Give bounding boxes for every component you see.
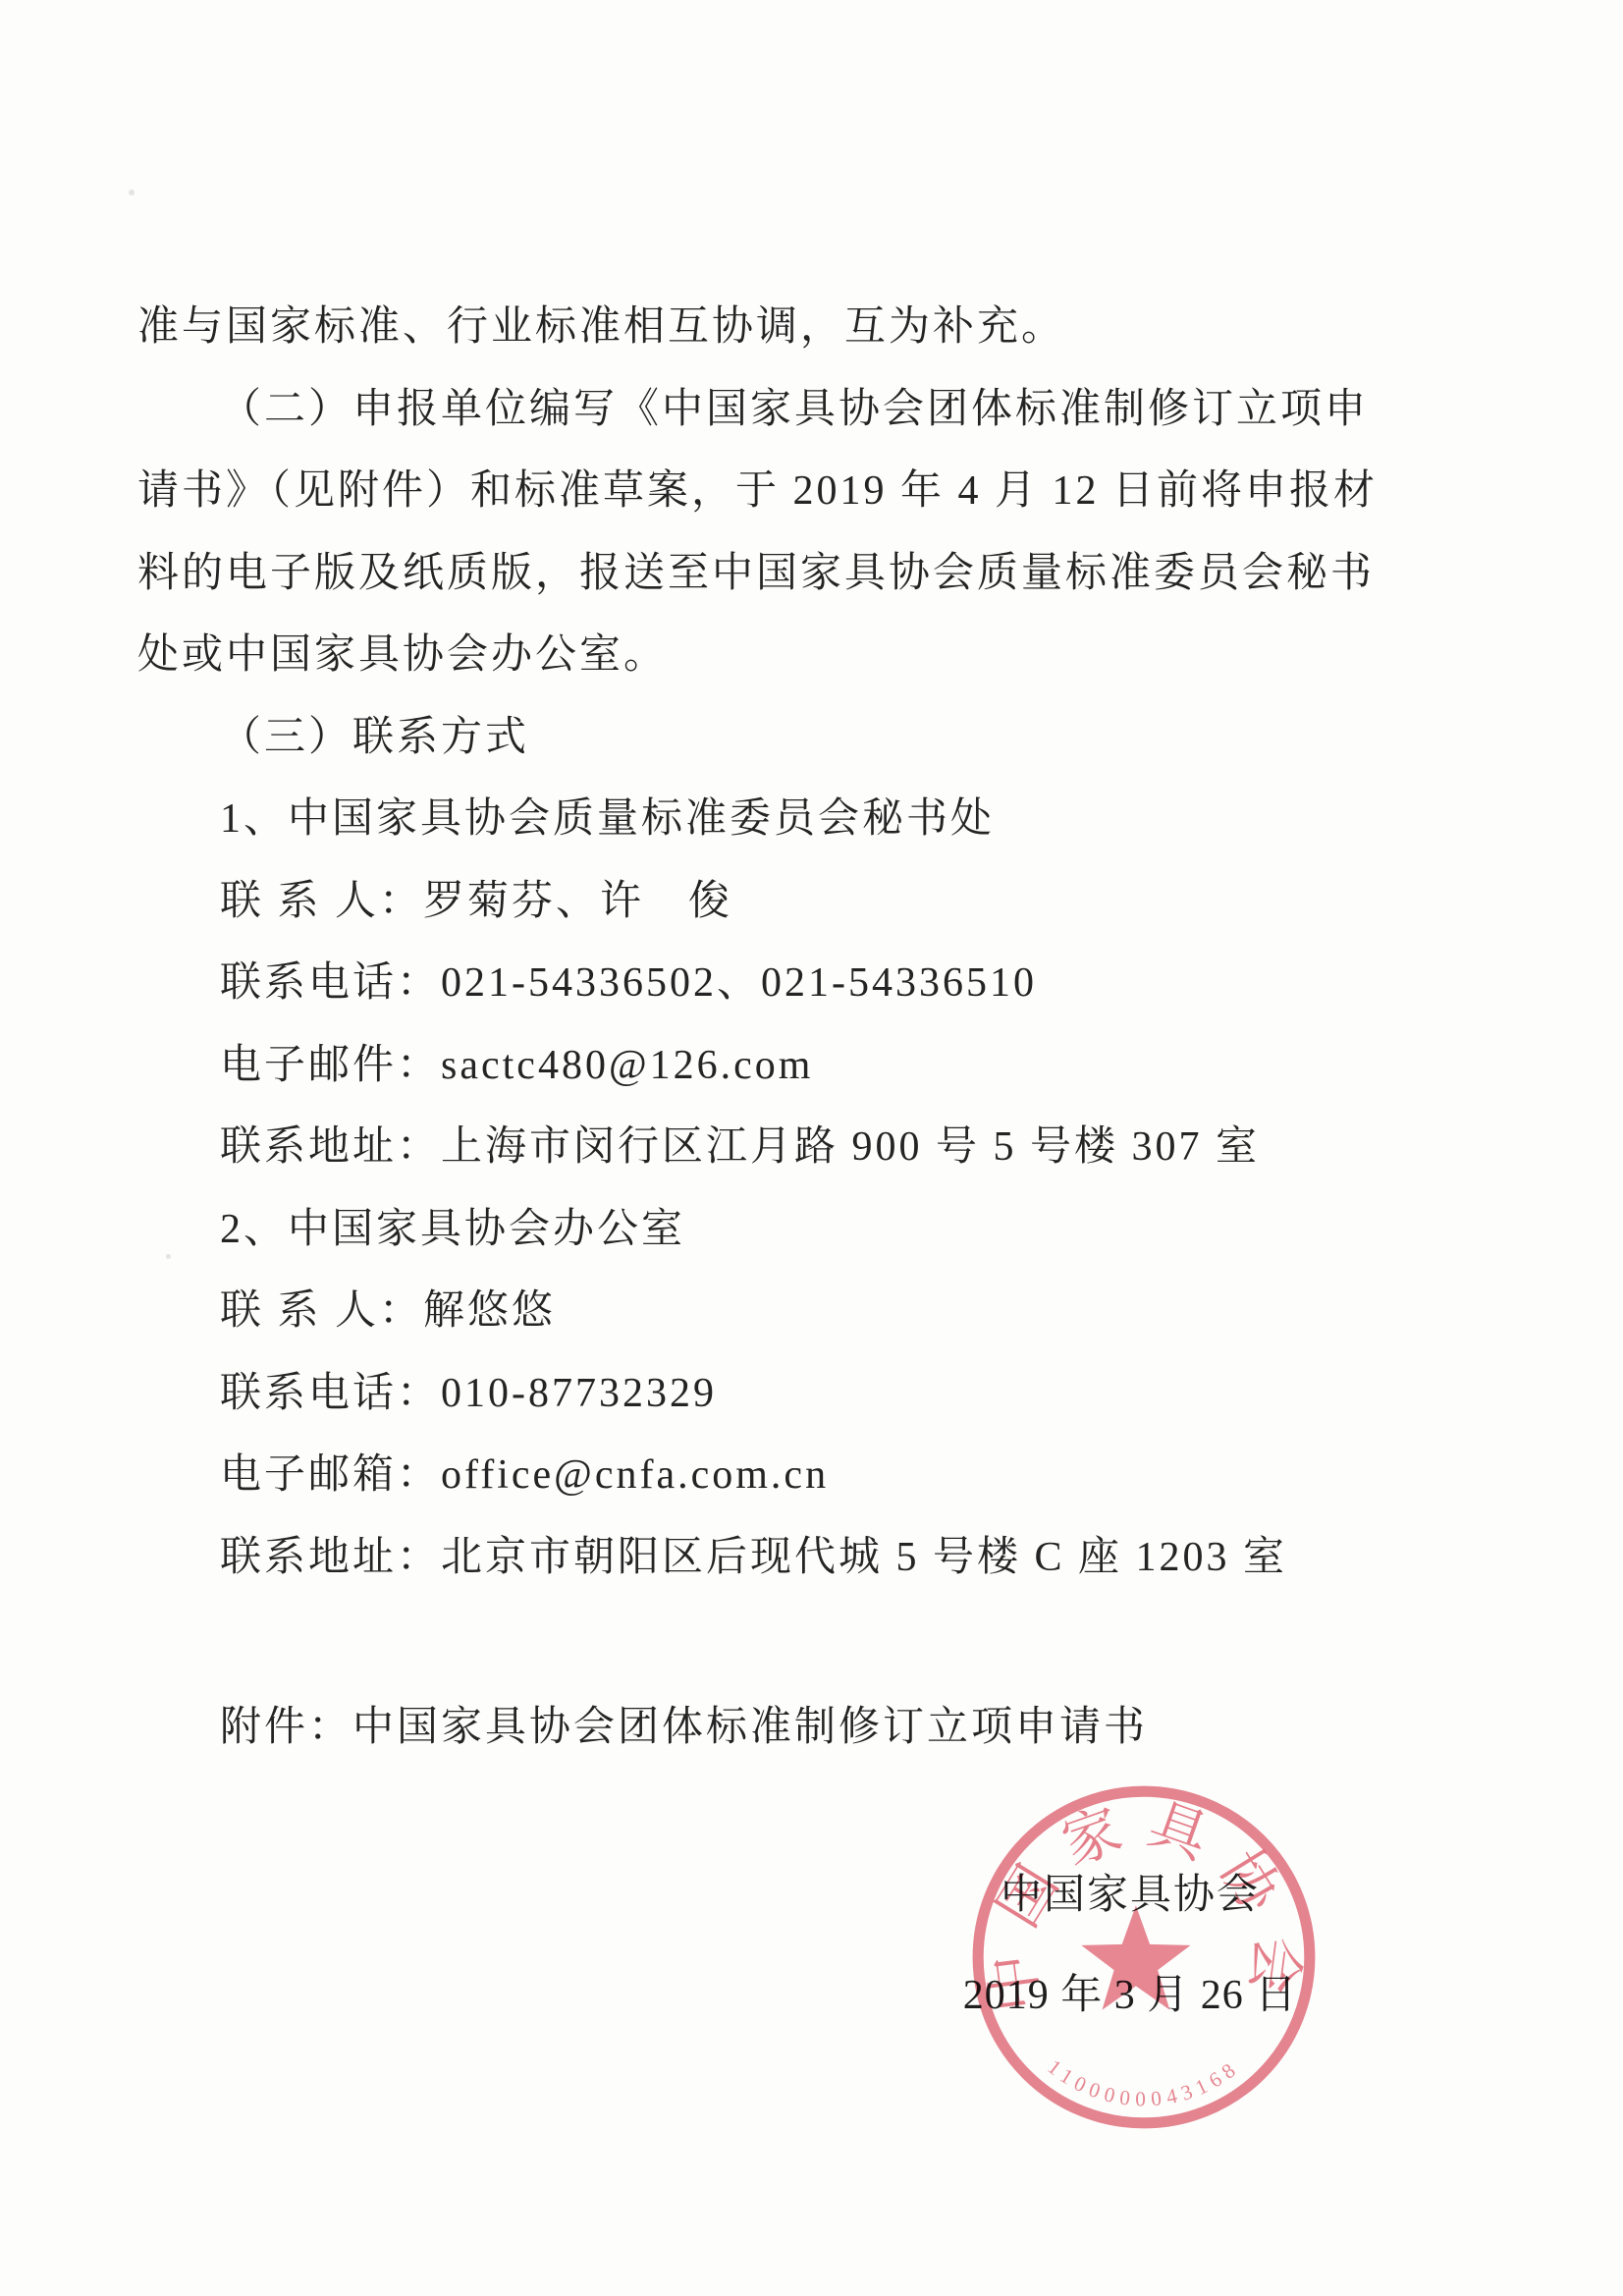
signature-org: 中国家具协会 (880, 1862, 1380, 1921)
body-text: 准与国家标准、行业标准相互协调，互为补充。 （二）申报单位编写《中国家具协会团体… (137, 287, 1502, 1770)
scan-speck (129, 190, 135, 195)
seal-number: 1100000043168 (1044, 2055, 1245, 2111)
contact-phone-line: 联系电话：021-54336502、021-54336510 (137, 943, 1502, 1025)
contact-person-line: 联 系 人：罗菊芬、许 俊 (137, 861, 1502, 944)
contact-address-line: 联系地址：北京市朝阳区后现代城 5 号楼 C 座 1203 室 (137, 1517, 1502, 1600)
contact-person-line: 联 系 人：解悠悠 (137, 1271, 1502, 1353)
blank-line (137, 1599, 1502, 1687)
text-line: 准与国家标准、行业标准相互协调，互为补充。 (137, 287, 1502, 369)
contact-email-line: 电子邮件：sactc480@126.com (137, 1025, 1502, 1108)
attachment-line: 附件：中国家具协会团体标准制修订立项申请书 (137, 1687, 1502, 1770)
contact-phone-line: 联系电话：010-87732329 (137, 1353, 1502, 1436)
contact-email-line: 电子邮箱：office@cnfa.com.cn (137, 1435, 1502, 1517)
document-page: 准与国家标准、行业标准相互协调，互为补充。 （二）申报单位编写《中国家具协会团体… (0, 0, 1623, 2296)
contact-address-line: 联系地址：上海市闵行区江月路 900 号 5 号楼 307 室 (137, 1107, 1502, 1189)
signature-block: 中国家具协会 2019 年 3 月 26 日 (880, 1862, 1380, 2021)
text-line: 料的电子版及纸质版，报送至中国家具协会质量标准委员会秘书 (137, 533, 1502, 616)
text-line: 请书》（见附件）和标准草案，于 2019 年 4 月 12 日前将申报材 (137, 451, 1502, 533)
text-line: 处或中国家具协会办公室。 (137, 615, 1502, 697)
text-line: 2、中国家具协会办公室 (137, 1189, 1502, 1272)
section-heading: （三）联系方式 (137, 697, 1502, 780)
text-line: 1、中国家具协会质量标准委员会秘书处 (137, 779, 1502, 861)
signature-date: 2019 年 3 月 26 日 (880, 1962, 1380, 2021)
text-line: （二）申报单位编写《中国家具协会团体标准制修订立项申 (137, 369, 1502, 452)
